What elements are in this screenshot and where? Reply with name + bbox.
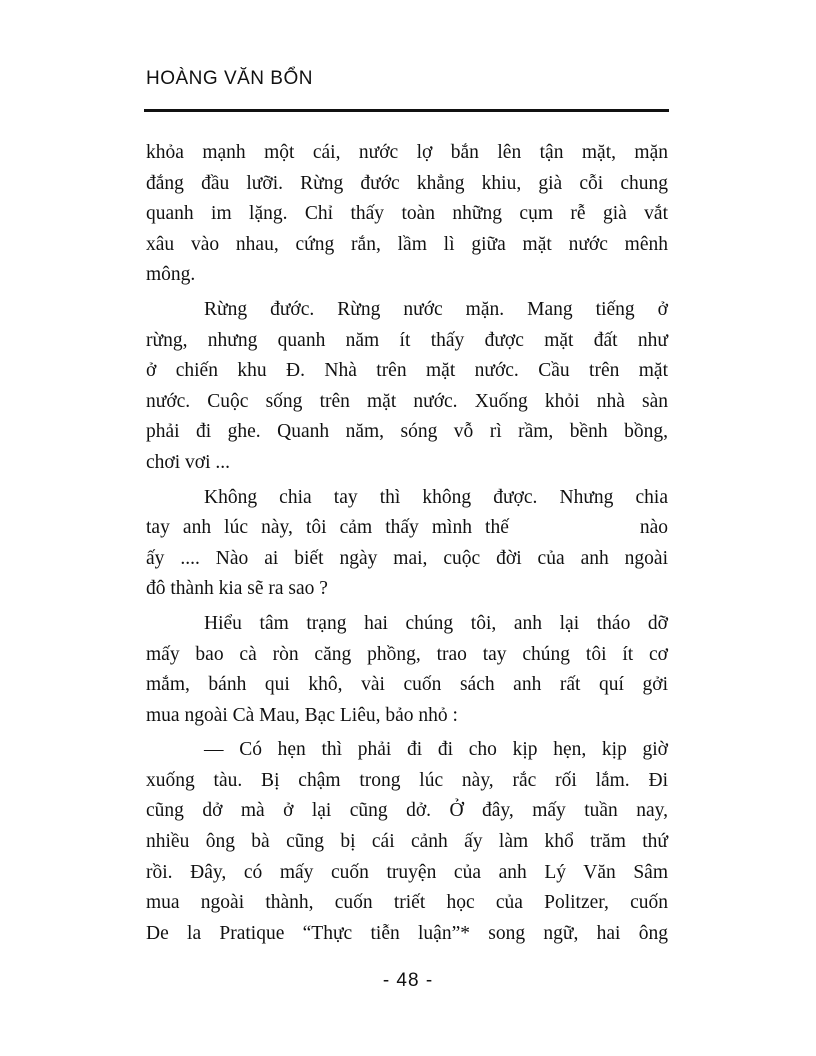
paragraph: Hiểu tâm trạng hai chúng tôi, anh lại th… [146, 609, 668, 731]
text-line: ở chiến khu Đ. Nhà trên mặt nước. Cầu tr… [146, 356, 668, 387]
text-line: rừng, nhưng quanh năm ít thấy được mặt đ… [146, 326, 668, 357]
text-line: tay anh lúc này, tôi cảm thấy mình thế n… [146, 513, 668, 544]
paragraph: Rừng đước. Rừng nước mặn. Mang tiếng ở r… [146, 295, 668, 479]
text-line: mấy bao cà ròn căng phồng, trao tay chún… [146, 640, 668, 671]
paragraph: khỏa mạnh một cái, nước lợ bắn lên tận m… [146, 138, 668, 291]
text-line: đô thành kia sẽ ra sao ? [146, 574, 668, 605]
text-line: rồi. Đây, có mấy cuốn truyện của anh Lý … [146, 858, 668, 889]
text-line: quanh im lặng. Chỉ thấy toàn những cụm r… [146, 199, 668, 230]
text-line: Rừng đước. Rừng nước mặn. Mang tiếng ở [146, 295, 668, 326]
text-line: — Có hẹn thì phải đi đi cho kịp hẹn, kịp… [146, 735, 668, 766]
text-line: nhiều ông bà cũng bị cái cảnh ấy làm khổ… [146, 827, 668, 858]
text-line: đắng đầu lưỡi. Rừng đước khẳng khiu, già… [146, 169, 668, 200]
text-line: mua ngoài Cà Mau, Bạc Liêu, bảo nhỏ : [146, 701, 668, 732]
text-line: chơi vơi ... [146, 448, 668, 479]
text-line: xâu vào nhau, cứng rắn, lầm lì giữa mặt … [146, 230, 668, 261]
text-line: De la Pratique “Thực tiễn luận”* song ng… [146, 919, 668, 950]
text-line: cũng dở mà ở lại cũng dở. Ở đây, mấy tuầ… [146, 796, 668, 827]
page-number: - 48 - [0, 970, 816, 992]
text-line: mắm, bánh qui khô, vài cuốn sách anh rất… [146, 670, 668, 701]
text-line: nước. Cuộc sống trên mặt nước. Xuống khỏ… [146, 387, 668, 418]
text-line: mông. [146, 260, 668, 291]
paragraph: — Có hẹn thì phải đi đi cho kịp hẹn, kịp… [146, 735, 668, 949]
text-line: phải đi ghe. Quanh năm, sóng vỗ rì rầm, … [146, 417, 668, 448]
text-line: mua ngoài thành, cuốn triết học của Poli… [146, 888, 668, 919]
header-divider [144, 109, 669, 112]
text-line: xuống tàu. Bị chậm trong lúc này, rắc rố… [146, 766, 668, 797]
running-title: HOÀNG VĂN BỔN [146, 68, 313, 90]
text-line: khỏa mạnh một cái, nước lợ bắn lên tận m… [146, 138, 668, 169]
paragraph: Không chia tay thì không được. Nhưng chi… [146, 483, 668, 605]
text-line: Không chia tay thì không được. Nhưng chi… [146, 483, 668, 514]
text-line: Hiểu tâm trạng hai chúng tôi, anh lại th… [146, 609, 668, 640]
page-body: khỏa mạnh một cái, nước lợ bắn lên tận m… [146, 138, 668, 949]
text-line: ấy .... Nào ai biết ngày mai, cuộc đời c… [146, 544, 668, 575]
